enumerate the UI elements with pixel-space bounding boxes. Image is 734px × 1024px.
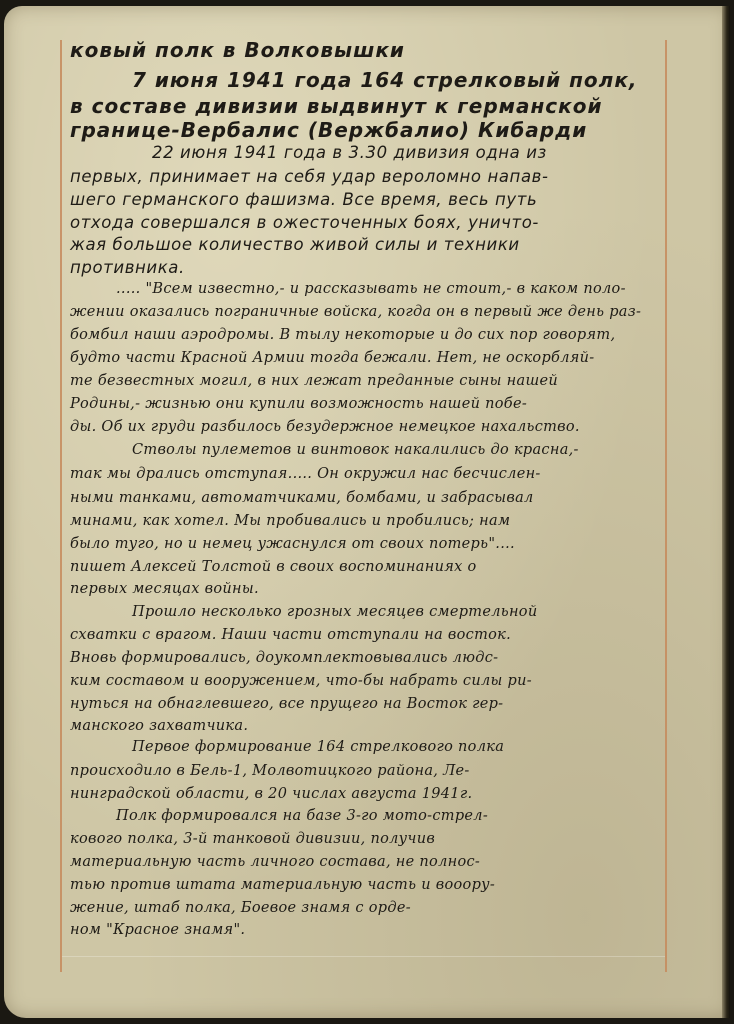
text-line: Родины,- жизнью они купили возможность н… — [70, 396, 527, 412]
text-line: было туго, но и немец ужаснулся от своих… — [70, 536, 515, 552]
left-margin-line — [60, 40, 62, 972]
text-line: жая большое количество живой силы и техн… — [70, 235, 520, 254]
text-line: так мы дрались отступая..... Он окружил … — [70, 466, 541, 482]
text-line: Полк формировался на базе 3-го мото-стре… — [116, 808, 488, 824]
text-line: жении оказались пограничные войска, когд… — [70, 304, 641, 320]
text-line: границе-Вербалис (Вержбалио) Кибарди — [70, 118, 587, 142]
text-line: шего германского фашизма. Все время, вес… — [70, 190, 537, 209]
bottom-ruled-line — [62, 956, 665, 957]
text-line: жение, штаб полка, Боевое знамя с орде- — [70, 900, 411, 916]
right-margin-line — [665, 40, 667, 972]
text-line: нуться на обнаглевшего, все прущего на В… — [70, 696, 503, 712]
text-line: в составе дивизии выдвинут к германской — [70, 94, 602, 118]
text-line: бомбил наши аэродромы. В тылу некоторые … — [70, 327, 615, 343]
text-line: 22 июня 1941 года в 3.30 дивизия одна из — [152, 143, 547, 162]
text-line: ными танками, автоматчиками, бомбами, и … — [70, 490, 534, 506]
text-line: происходило в Бель-1, Молвотицкого район… — [70, 763, 470, 779]
text-line: первых месяцах войны. — [70, 581, 259, 597]
text-line: минами, как хотел. Мы пробивались и проб… — [70, 513, 510, 529]
text-line: тью против штата материальную часть и во… — [70, 877, 495, 893]
text-line: противника. — [70, 258, 185, 277]
text-line: Первое формирование 164 стрелкового полк… — [132, 739, 504, 755]
text-line: ном "Красное знамя". — [70, 922, 245, 938]
text-line: отхода совершался в ожесточенных боях, у… — [70, 213, 539, 232]
text-line: будто части Красной Армии тогда бежали. … — [70, 350, 594, 366]
text-line: нинградской области, в 20 числах августа… — [70, 786, 472, 802]
text-line: первых, принимает на себя удар вероломно… — [70, 167, 549, 186]
text-line: материальную часть личного состава, не п… — [70, 854, 480, 870]
page-binding-edge — [722, 6, 730, 1018]
text-line: схватки с врагом. Наши части отступали н… — [70, 627, 511, 643]
text-line: Вновь формировались, доукомплектовывалис… — [70, 650, 498, 666]
document-page: ковый полк в Волковышки7 июня 1941 года … — [4, 6, 730, 1018]
text-line: те безвестных могил, в них лежат преданн… — [70, 373, 558, 389]
text-line: ды. Об их груди разбилось безудержное не… — [70, 419, 580, 435]
text-line: манского захватчика. — [70, 718, 248, 734]
text-line: ким составом и вооружением, что-бы набра… — [70, 673, 532, 689]
text-line: ковый полк в Волковышки — [70, 38, 405, 62]
text-line: пишет Алексей Толстой в своих воспоминан… — [70, 559, 477, 575]
text-line: ..... "Всем известно,- и рассказывать не… — [116, 281, 626, 297]
text-line: Стволы пулеметов и винтовок накалились д… — [132, 442, 579, 458]
text-line: 7 июня 1941 года 164 стрелковый полк, — [132, 68, 638, 92]
text-line: Прошло несколько грозных месяцев смертел… — [132, 604, 537, 620]
text-line: кового полка, 3-й танковой дивизии, полу… — [70, 831, 435, 847]
